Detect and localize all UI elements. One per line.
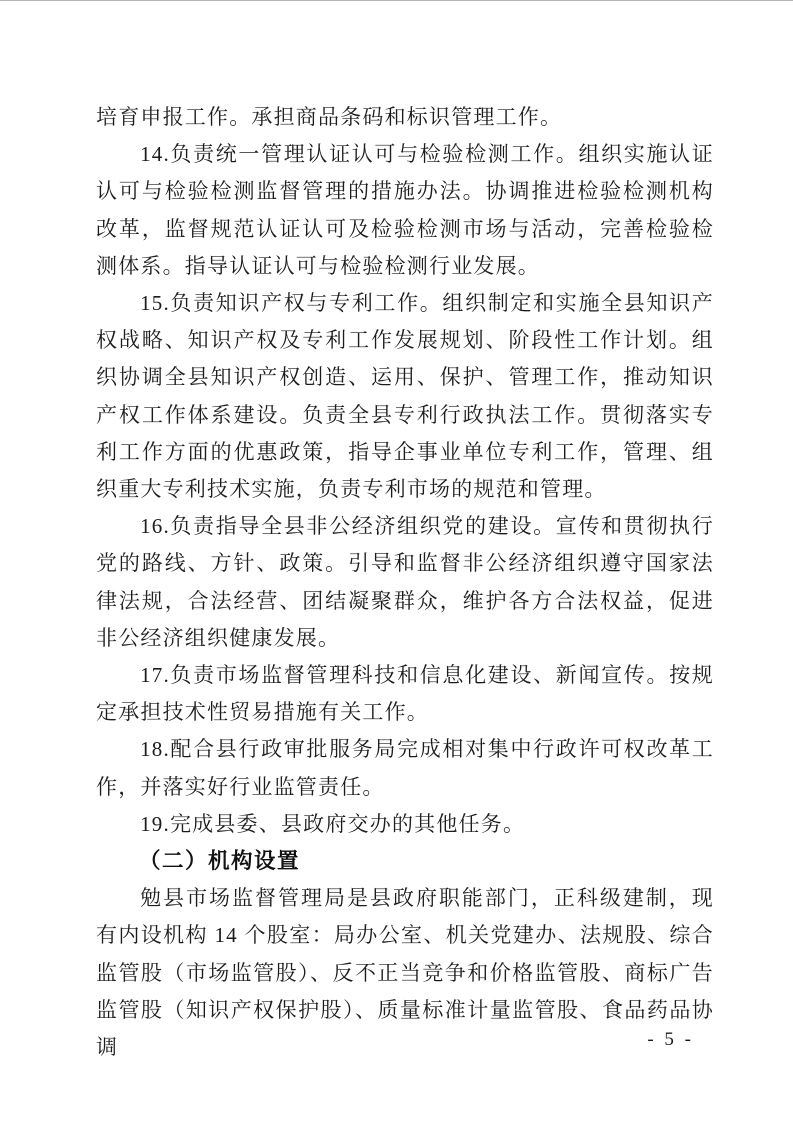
document-page: 培育申报工作。承担商品条码和标识管理工作。 14.负责统一管理认证认可与检验检测… [0,0,793,1122]
paragraph-item-16: 16.负责指导全县非公经济组织党的建设。宣传和贯彻执行党的路线、方针、政策。引导… [96,508,714,657]
paragraph-item-14: 14.负责统一管理认证认可与检验检测工作。组织实施认证认可与检验检测监督管理的措… [96,136,714,285]
page-number: - 5 - [647,1029,694,1051]
section-heading-organization-setup: （二）机构设置 [96,843,714,880]
paragraph-continuation: 培育申报工作。承担商品条码和标识管理工作。 [96,99,714,136]
paragraph-item-18: 18.配合县行政审批服务局完成相对集中行政许可权改革工作，并落实好行业监管责任。 [96,731,714,805]
document-body: 培育申报工作。承担商品条码和标识管理工作。 14.负责统一管理认证认可与检验检测… [96,99,714,1066]
scan-edge-artifact [0,0,793,1]
paragraph-item-19: 19.完成县委、县政府交办的其他任务。 [96,806,714,843]
paragraph-organization-description: 勉县市场监督管理局是县政府职能部门，正科级建制，现有内设机构 14 个股室：局办… [96,880,714,1066]
paragraph-item-15: 15.负责知识产权与专利工作。组织制定和实施全县知识产权战略、知识产权及专利工作… [96,285,714,508]
paragraph-item-17: 17.负责市场监督管理科技和信息化建设、新闻宣传。按规定承担技术性贸易措施有关工… [96,657,714,731]
